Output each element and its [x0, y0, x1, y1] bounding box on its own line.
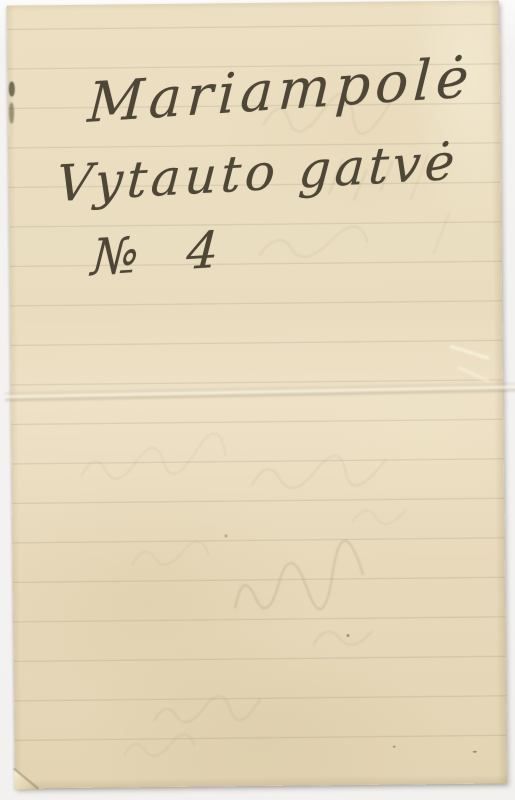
paper-speck	[347, 634, 350, 637]
ink-smudge-left-edge	[9, 82, 15, 97]
scanner-background: Mariampolė Vytauto gatvė № 4	[0, 0, 515, 800]
paper-speck	[473, 751, 477, 753]
letter-page: Mariampolė Vytauto gatvė № 4	[7, 0, 507, 788]
paper-speck	[224, 534, 227, 537]
paper-speck	[393, 746, 396, 748]
handwriting-house-number: № 4	[90, 220, 223, 286]
ink-smudge-left-edge	[9, 103, 14, 124]
